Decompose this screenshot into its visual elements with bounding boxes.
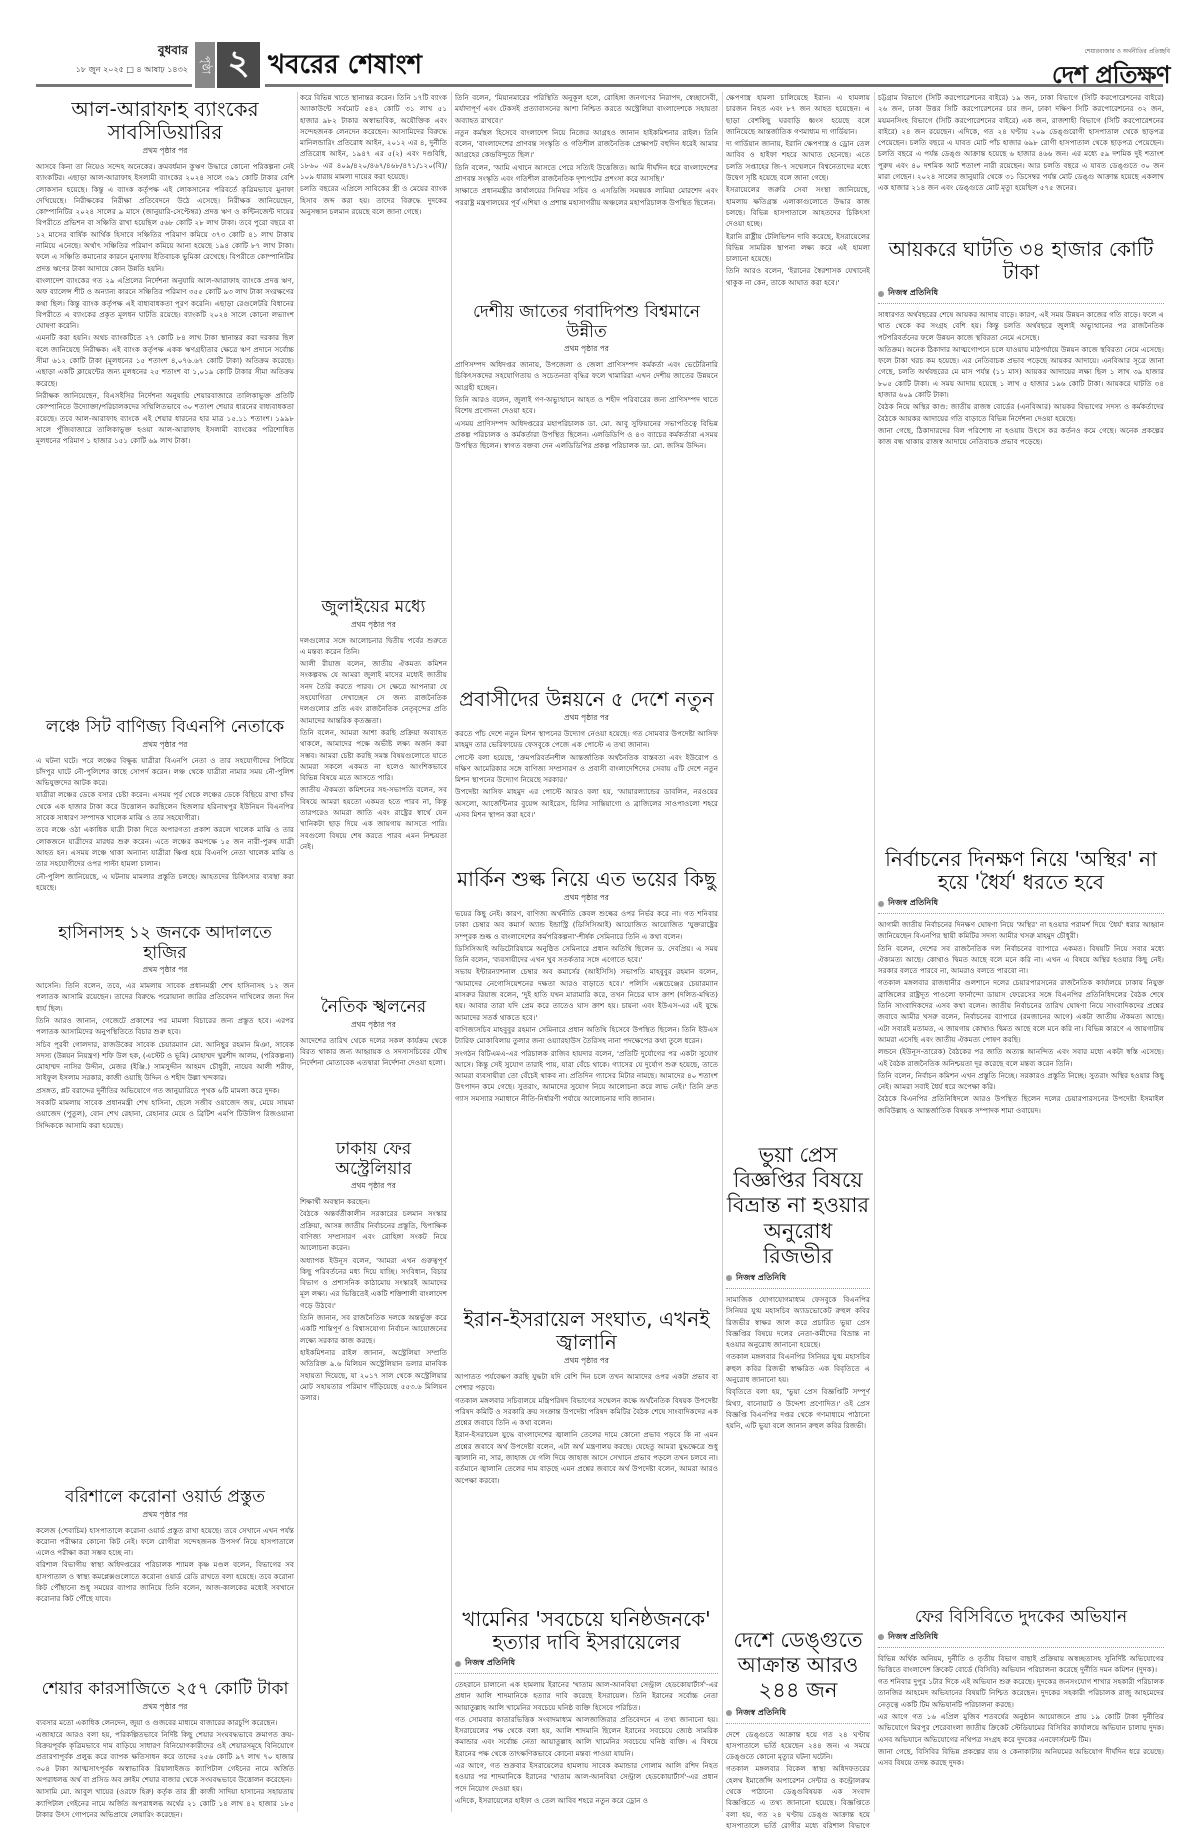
paragraph: গতকাল মঙ্গলবার বিএনপির সিনিয়র যুগ্ম মহা… <box>726 1351 870 1385</box>
article-khamenei: খামেনির 'সবচেয়ে ঘনিষ্ঠজনকে' হত্যার দাবি… <box>455 1602 718 1832</box>
article-body: সামাজিক যোগাযোগমাধ্যম ফেসবুকে বিএনপির সি… <box>726 1294 870 1432</box>
brand: শেয়ারবাজার ও অর্থনীতির প্রতিচ্ছবি দেশ প… <box>1052 46 1170 97</box>
paragraph: আগামী জাতীয় নির্বাচনের দিনক্ষণ ঘোষণা নি… <box>878 919 1164 942</box>
headline[interactable]: ফের বিসিবিতে দুদকের অভিযান <box>878 1608 1164 1628</box>
continuation-label: প্রথম পৃষ্ঠার পর <box>300 1020 447 1032</box>
divider <box>455 1673 718 1674</box>
paragraph: চলতি বছরের এপ্রিলে সাবিকের স্ত্রী ও মেয়… <box>300 183 447 217</box>
divider <box>878 913 1164 914</box>
byline-text: নিজস্ব প্রতিনিধি <box>736 1707 786 1720</box>
article-us-tariff: মার্কিন শুল্ক নিয়ে এত ভয়ের কিছু প্রথম … <box>455 862 718 1302</box>
weekday: বুধবার <box>76 42 188 62</box>
paragraph: তিনি বলেন, 'আমি এখানে আসতে পেরে সত্যিই উ… <box>455 162 718 185</box>
paragraph: এর আগে গত ১৬ এপ্রিল মুজিব শতবর্ষের অনুষ্… <box>878 1711 1164 1745</box>
brand-tagline: শেয়ারবাজার ও অর্থনীতির প্রতিচ্ছবি <box>1052 46 1170 57</box>
divider <box>878 1647 1164 1648</box>
paragraph: বিভিন্ন অর্থিক অনিয়ম, দুর্নীতি ও তৃতীয়… <box>878 1653 1164 1676</box>
column-divider <box>297 92 298 1812</box>
article-body: প্রাণিসম্পদ অধিদপ্তর জানায়, উপজেলা ও জে… <box>455 359 718 451</box>
article-body: কলেজ (শেবাচিম) হাসপাতালে করোনা ওয়ার্ড প… <box>36 1525 294 1605</box>
article-share-manipulation: শেয়ার কারসাজিতে ২৫৭ কোটি টাকা প্রথম পৃষ… <box>36 1674 294 1824</box>
paragraph: ইসরায়েলের জরুরি সেবা সংস্থা জানিয়েছে, … <box>726 184 870 229</box>
article-continuation: করে বিভিন্ন খাতে স্থানান্তর করেন। তিনি ১… <box>300 92 447 492</box>
paragraph: তিনি আরও বলেন, 'ইরানের স্বৈরশাসক যেখানেই… <box>726 265 870 288</box>
headline[interactable]: ভুয়া প্রেস বিজ্ঞপ্তির বিষয়ে বিভ্রান্ত … <box>726 1143 870 1269</box>
paragraph: এসময় প্রাণিসম্পদ অধিদপ্তরের মহাপরিচালক … <box>455 418 718 452</box>
article-body: করতে পাঁচ দেশে নতুন মিশন স্থাপনের উদ্যোগ… <box>455 728 718 820</box>
paragraph: তিনি বলেন, 'মিয়ানমারের পরিস্থিতি অনুকূল… <box>455 92 718 126</box>
byline-text: নিজস্ব প্রতিনিধি <box>465 1657 515 1670</box>
column-divider <box>874 92 875 1812</box>
paragraph: গত শনিবার দুপুর ১টার দিকে এই অভিযান শুরু… <box>878 1676 1164 1710</box>
paragraph: এদিকে, ইসরায়েলের হাইফা ও তেল আবিব শহরে … <box>455 1795 718 1806</box>
paragraph: সংগঠন বিটিএমএ-এর পরিচালক রাজিব হায়দার ব… <box>455 1048 718 1104</box>
continuation-label: প্রথম পৃষ্ঠার পর <box>455 893 718 905</box>
paragraph: সামাজিক যোগাযোগমাধ্যম ফেসবুকে বিএনপির সি… <box>726 1294 870 1350</box>
paragraph: সাক্ষাতে প্রধানমন্ত্রীর কার্যালয়ের সিনি… <box>455 185 718 208</box>
continuation-label: প্রথম পৃষ্ঠার পর <box>455 1356 718 1368</box>
divider <box>726 1723 870 1724</box>
headline[interactable]: নির্বাচনের দিনক্ষণ নিয়ে 'অস্থির' না হয়… <box>878 848 1164 894</box>
headline[interactable]: মার্কিন শুল্ক নিয়ে এত ভয়ের কিছু <box>455 868 718 891</box>
paragraph: এ ঘটনা ঘটে। পরে লঞ্চের বিক্ষুব্ধ যাত্রীর… <box>36 755 294 789</box>
paragraph: নতুন কর্মস্থল হিসেবে বাংলাদেশ নিয়ে নিজে… <box>455 127 718 161</box>
byline: নিজস্ব প্রতিনিধি <box>726 1272 870 1285</box>
paragraph: তেহরানে চালানো এক হামলায় ইরানের 'খাতাম … <box>455 1679 718 1713</box>
article-body: করে বিভিন্ন খাতে স্থানান্তর করেন। তিনি ১… <box>300 92 447 217</box>
paragraph: প্রসঙ্গত, প্লট বরাদ্দের দুর্নীতির অভিযোগ… <box>36 1085 294 1096</box>
paragraph: ডিসিসিআই অডিটোরিয়ামে অনুষ্ঠিত সেমিনারে … <box>455 943 718 966</box>
paragraph: বাণিজ্যসচিব মাহবুবুর রহমান সেমিনারে প্রধ… <box>455 1024 718 1047</box>
headline[interactable]: লঞ্চে সিট বাণিজ্য বিএনপি নেতাকে <box>36 718 294 738</box>
paragraph: গত সোমবার কাতারভিত্তিক সংবাদমাধ্যম আলজাজ… <box>455 1714 718 1759</box>
headline[interactable]: খামেনির 'সবচেয়ে ঘনিষ্ঠজনকে' হত্যার দাবি… <box>455 1608 718 1654</box>
article-body: ক্ষেপণাস্ত্র হামলা চালিয়েছে ইরান। এ হাম… <box>726 92 870 288</box>
article-body: চট্টগ্রাম বিভাগে (সিটি করপোরেশনের বাইরে)… <box>878 92 1164 194</box>
paragraph: বৈঠকে বিএনপির প্রতিনিধিদলে আরও উপস্থিত ছ… <box>878 1093 1164 1116</box>
paragraph: কলেজ (শেবাচিম) হাসপাতালে করোনা ওয়ার্ড প… <box>36 1525 294 1559</box>
article-body: আগামী জাতীয় নির্বাচনের দিনক্ষণ ঘোষণা নি… <box>878 919 1164 1116</box>
article-body: আপাতত পর্যবেক্ষণ করছি যুদ্ধটা যদি বেশি দ… <box>455 1371 718 1486</box>
paragraph: ভয়ের কিছু নেই। কারণ, বাণিজ্য অর্থনীতি ক… <box>455 908 718 942</box>
article-body: ব্যবসার মতো একাধিক লেনদেন, জুয়া ও গুজবে… <box>36 1717 294 1821</box>
article-dengue-continuation: চট্টগ্রাম বিভাগে (সিটি করপোরেশনের বাইরে)… <box>878 92 1164 232</box>
continuation-label: প্রথম পৃষ্ঠার পর <box>36 965 294 977</box>
byline: নিজস্ব প্রতিনিধি <box>726 1707 870 1720</box>
paragraph: বৈঠকে অন্তর্বর্তীকালীন সরকারের চলমান সংস… <box>300 1208 447 1253</box>
paragraph: নৌ-পুলিশ জানিয়েছে, এ ঘটনায় মামলার প্রস… <box>36 871 294 894</box>
bullet-icon <box>878 901 884 907</box>
masthead: বুধবার ১৮ জুন ২০২৫ □ ৪ আষাঢ় ১৪৩২ পৃষ্ঠা… <box>0 0 1200 88</box>
paragraph: তিনি বলেন, নির্বাচন কমিশন এখন প্রস্তুতি … <box>878 1070 1164 1093</box>
article-july: জুলাইয়ের মধ্যে প্রথম পৃষ্ঠার পর দলগুলোর… <box>300 592 447 922</box>
paragraph: ব্যবসার মতো একাধিক লেনদেন, জুয়া ও গুজবে… <box>36 1717 294 1728</box>
headline[interactable]: ঢাকায় ফের অস্ট্রেলিয়ার <box>300 1140 447 1179</box>
paragraph: সভায় ইন্টারন্যাশনাল চেম্বার অব কমার্সের… <box>455 966 718 1022</box>
byline-text: নিজস্ব প্রতিনিধি <box>888 287 938 300</box>
continuation-label: প্রথম পৃষ্ঠার পর <box>300 620 447 632</box>
article-launch-bnp: লঞ্চে সিট বাণিজ্য বিএনপি নেতাকে প্রথম পৃ… <box>36 712 294 912</box>
article-continuation: তিনি বলেন, 'মিয়ানমারের পরিস্থিতি অনুকূল… <box>455 92 718 297</box>
bullet-icon <box>878 291 884 297</box>
paragraph: গতকাল মঙ্গলবার বিকেল স্বাস্থ্য অধিদফতরের… <box>726 1763 870 1832</box>
paragraph: নিরীক্ষক জানিয়েছেন, বিএসইসির নির্দেশনা … <box>36 390 294 446</box>
paragraph: এমনটি করা হয়নি। অথচ ব্যাংকটিতে ২৭ কোটি … <box>36 332 294 388</box>
paragraph: তিনি জানান, সব রাজনৈতিক দলকে অন্তর্ভুক্ত… <box>300 1312 447 1346</box>
article-barishal-corona: বরিশালে করোনা ওয়ার্ড প্রস্তুত প্রথম পৃষ… <box>36 1482 294 1672</box>
column-divider <box>451 92 452 1812</box>
article-body: আদেশের তারিখ থেকে দলের সকল কার্যক্রম থেক… <box>300 1035 447 1069</box>
paragraph: যাত্রীরা লঞ্চের ডেকে বসার চেষ্টা করেন। এ… <box>36 789 294 823</box>
article-body: শিক্ষার্থী অবস্থান করছেন। বৈঠকে অন্তর্বর… <box>300 1196 447 1403</box>
article-body: দলগুলোর সঙ্গে আলোচনার দ্বিতীয় পর্বের শু… <box>300 635 447 853</box>
page-label: পৃষ্ঠা <box>195 42 215 88</box>
headline[interactable]: বরিশালে করোনা ওয়ার্ড প্রস্তুত <box>36 1488 294 1508</box>
byline: নিজস্ব প্রতিনিধি <box>878 287 1164 300</box>
article-tax-deficit: আয়করে ঘাটতি ৩৪ হাজার কোটি টাকা নিজস্ব প… <box>878 232 1164 832</box>
paragraph: শিক্ষার্থী অবস্থান করছেন। <box>300 1196 447 1207</box>
article-moral: নৈতিক স্খলনের প্রথম পৃষ্ঠার পর আদেশের তা… <box>300 992 447 1122</box>
paragraph: দেশে ডেঙ্গুতে আক্রান্ত হয়ে গত ২৪ ঘণ্টায… <box>726 1729 870 1763</box>
article-body: সাধারণত অর্থবছরের শেষে আয়কর আদায় বাড়ে… <box>878 309 1164 448</box>
bullet-icon <box>726 1275 732 1281</box>
headline[interactable]: দেশে ডেঙ্গুতে আক্রান্ত আরও ২৪৪ জন <box>726 1628 870 1704</box>
paragraph: ইরান-ইসরায়েল যুদ্ধে বাংলাদেশের জ্বালানি… <box>455 1429 718 1485</box>
headline[interactable]: ইরান-ইসরায়েল সংঘাত, এখনই জ্বালানি <box>455 1308 718 1354</box>
paragraph: দলগুলোর সঙ্গে আলোচনার দ্বিতীয় পর্বের শু… <box>300 635 447 658</box>
bullet-icon <box>878 1634 884 1640</box>
headline[interactable]: দেশীয় জাতের গবাদিপশু বিশ্বমানে উন্নীত <box>455 303 718 342</box>
continuation-label: প্রথম পৃষ্ঠার পর <box>455 344 718 356</box>
paragraph: তবে লঞ্চে ওঠা একাধিক যাত্রী টাকা দিতে অপ… <box>36 824 294 869</box>
headline[interactable]: জুলাইয়ের মধ্যে <box>300 598 447 618</box>
divider <box>726 1288 870 1289</box>
headline[interactable]: প্রবাসীদের উন্নয়নে ৫ দেশে নতুন <box>455 688 718 711</box>
continuation-label: প্রথম পৃষ্ঠার পর <box>36 146 294 158</box>
paragraph: ইরানি রাষ্ট্রীয় টেলিভিশন দাবি করেছে, ইস… <box>726 231 870 265</box>
article-body: আসবে কিনা তা নিয়েও সন্দেহ অনেকের। ক্রমব… <box>36 161 294 446</box>
byline: নিজস্ব প্রতিনিধি <box>878 897 1164 910</box>
paragraph: তিনি বলেন, দেশের সব রাজনৈতিক দল নির্বাচন… <box>878 943 1164 977</box>
article-cattle: দেশীয় জাতের গবাদিপশু বিশ্বমানে উন্নীত প… <box>455 297 718 682</box>
article-body: ভয়ের কিছু নেই। কারণ, বাণিজ্য অর্থনীতি ক… <box>455 908 718 1104</box>
dateline: ১৮ জুন ২০২৫ □ ৪ আষাঢ় ১৪৩২ <box>76 64 188 77</box>
paragraph: তিনি আরও জানান, গেজেটে প্রকাশের পর মামলা… <box>36 1015 294 1038</box>
page-number: ২ <box>217 42 260 88</box>
paragraph: এর আগে, গত শুক্রবার ইসরায়েলের হামলায় স… <box>455 1760 718 1794</box>
divider <box>878 303 1164 304</box>
paragraph: গতকাল মঙ্গলবার সচিবালয়ে মন্ত্রিপরিষদ বি… <box>455 1395 718 1429</box>
page-body: আল-আরাফাহ ব্যাংকের সাবসিডিয়ারির প্রথম প… <box>36 92 1164 1832</box>
article-body: বিভিন্ন অর্থিক অনিয়ম, দুর্নীতি ও তৃতীয়… <box>878 1653 1164 1769</box>
bullet-icon <box>455 1661 461 1667</box>
continuation-label: প্রথম পৃষ্ঠার পর <box>36 1702 294 1714</box>
headline[interactable]: শেয়ার কারসাজিতে ২৫৭ কোটি টাকা <box>36 1680 294 1700</box>
paragraph: বৈঠক নিয়ে অস্থির কাণ্ড: জাতীয় রাজস্ব ব… <box>878 401 1164 424</box>
paragraph: আপাতত পর্যবেক্ষণ করছি যুদ্ধটা যদি বেশি দ… <box>455 1371 718 1394</box>
paragraph: আসামি মো. আবুল খায়ের (ওরফে হিরু) কর্তৃক… <box>36 1786 294 1820</box>
brand-logo: দেশ প্রতিক্ষণ <box>1052 57 1170 97</box>
paragraph: তিনি আরও বলেন, জুলাই গণ-অভ্যুত্থানে আহত … <box>455 394 718 417</box>
headline[interactable]: নৈতিক স্খলনের <box>300 998 447 1018</box>
bullet-icon <box>726 1710 732 1716</box>
paragraph: বরিশাল বিভাগীয় স্বাস্থ্য অধিদপ্তরের পরি… <box>36 1559 294 1604</box>
article-australia: ঢাকায় ফের অস্ট্রেলিয়ার প্রথম পৃষ্ঠার প… <box>300 1134 447 1814</box>
paragraph: দ্য গার্ডিয়ান জানায়, ইরানি ক্ষেপণাস্ত্… <box>726 138 870 183</box>
issue-date: বুধবার ১৮ জুন ২০২৫ □ ৪ আষাঢ় ১৪৩২ <box>76 42 188 77</box>
byline-text: নিজস্ব প্রতিনিধি <box>736 1272 786 1285</box>
column-divider <box>722 92 723 1812</box>
article-al-arafah: আল-আরাফাহ ব্যাংকের সাবসিডিয়ারির প্রথম প… <box>36 92 294 487</box>
byline-text: নিজস্ব প্রতিনিধি <box>888 1631 938 1644</box>
article-iran-israel: ইরান-ইসরায়েল সংঘাত, এখনই জ্বালানি প্রথম… <box>455 1302 718 1602</box>
section-title: খবরের শেষাংশ <box>268 44 422 88</box>
continuation-label: প্রথম পৃষ্ঠার পর <box>300 1181 447 1193</box>
paragraph: তিনি বলেন, আমরা আশা করছি প্রক্রিয়া অব্য… <box>300 727 447 783</box>
paragraph: লন্ডনে (ইউনূস-তারেক) বৈঠকের পর জাতি অত্য… <box>878 1046 1164 1069</box>
article-expatriates: প্রবাসীদের উন্নয়নে ৫ দেশে নতুন প্রথম পৃ… <box>455 682 718 862</box>
paragraph: গতকাল মঙ্গলবার রাজধানীর গুলশানে দলের চেয… <box>878 977 1164 1045</box>
paragraph: এজাহারে আরও বলা হয়, পরিকল্পিতভাবে নির্দ… <box>36 1729 294 1785</box>
byline-text: নিজস্ব প্রতিনিধি <box>888 897 938 910</box>
header-rule-right <box>265 84 1163 87</box>
paragraph: সাধারণত অর্থবছরের শেষে আয়কর আদায় বাড়ে… <box>878 309 1164 343</box>
paragraph: আসেনি। তিনি বলেন, তবে, এর মামলায় সাবেক … <box>36 980 294 1014</box>
paragraph: বাংলাদেশ ব্যাংকের গত ২৯ এপ্রিলের নির্দেশ… <box>36 275 294 331</box>
article-body: দেশে ডেঙ্গুতে আক্রান্ত হয়ে গত ২৪ ঘণ্টায… <box>726 1729 870 1832</box>
article-hasina: হাসিনাসহ ১২ জনকে আদালতে হাজির প্রথম পৃষ্… <box>36 918 294 1302</box>
article-fake-press: ভুয়া প্রেস বিজ্ঞপ্তির বিষয়ে বিভ্রান্ত … <box>726 1137 870 1602</box>
article-dengue: দেশে ডেঙ্গুতে আক্রান্ত আরও ২৪৪ জন নিজস্ব… <box>726 1622 870 1832</box>
continuation-label: প্রথম পৃষ্ঠার পর <box>36 740 294 752</box>
headline[interactable]: হাসিনাসহ ১২ জনকে আদালতে হাজির <box>36 924 294 963</box>
headline[interactable]: আল-আরাফাহ ব্যাংকের সাবসিডিয়ারির <box>36 98 294 144</box>
paragraph: বিবৃতিতে বলা হয়, 'ভুয়া প্রেস বিজ্ঞপ্তি… <box>726 1386 870 1431</box>
paragraph: হাইকমিশনার রাইল জানান, অস্ট্রেলিয়া সম্প… <box>300 1347 447 1403</box>
paragraph: অতিক্রম। অনেক ঠিকাদার আত্মগোপনে চলে যাওয… <box>878 344 1164 400</box>
paragraph: উপদেষ্টা আসিফ মাহমুদ এর পোস্টে আরও বলা হ… <box>455 786 718 820</box>
byline: নিজস্ব প্রতিনিধি <box>878 1631 1164 1644</box>
headline[interactable]: আয়করে ঘাটতি ৩৪ হাজার কোটি টাকা <box>878 238 1164 284</box>
paragraph: আসবে কিনা তা নিয়েও সন্দেহ অনেকের। ক্রমব… <box>36 161 294 274</box>
paragraph: প্রাণিসম্পদ অধিদপ্তর জানায়, উপজেলা ও জে… <box>455 359 718 393</box>
header-rule-left <box>36 84 192 87</box>
article-continuation: ক্ষেপণাস্ত্র হামলা চালিয়েছে ইরান। এ হাম… <box>726 92 870 1137</box>
article-body: তেহরানে চালানো এক হামলায় ইরানের 'খাতাম … <box>455 1679 718 1806</box>
paragraph: আলী রীয়াজ বলেন, জাতীয় ঐকমত্য কমিশন সংক… <box>300 658 447 726</box>
article-dudok: ফের বিসিবিতে দুদকের অভিযান নিজস্ব প্রতিন… <box>878 1602 1164 1832</box>
paragraph: অধ্যাপক ইউনূস বলেন, 'আমরা এখন গুরুত্বপূর… <box>300 1255 447 1311</box>
paragraph: ক্ষেপণাস্ত্র হামলা চালিয়েছে ইরান। এ হাম… <box>726 92 870 137</box>
paragraph: পোস্টে বলা হয়েছে, 'ক্রমপরিবর্তনশীল আন্ত… <box>455 752 718 786</box>
paragraph: করতে পাঁচ দেশে নতুন মিশন স্থাপনের উদ্যোগ… <box>455 728 718 751</box>
paragraph: আদেশের তারিখ থেকে দলের সকল কার্যক্রম থেক… <box>300 1035 447 1069</box>
continuation-label: প্রথম পৃষ্ঠার পর <box>36 1510 294 1522</box>
paragraph: সবকটি মামলায় সাবেক প্রধানমন্ত্রী শেখ হা… <box>36 1097 294 1131</box>
article-election: নির্বাচনের দিনক্ষণ নিয়ে 'অস্থির' না হয়… <box>878 842 1164 1602</box>
paragraph: জাতীয় ঐকমত্য কমিশনের সহ-সভাপতি বলেন, সব… <box>300 784 447 852</box>
continuation-label: প্রথম পৃষ্ঠার পর <box>455 713 718 725</box>
article-body: তিনি বলেন, 'মিয়ানমারের পরিস্থিতি অনুকূল… <box>455 92 718 208</box>
byline: নিজস্ব প্রতিনিধি <box>455 1657 718 1670</box>
article-body: এ ঘটনা ঘটে। পরে লঞ্চের বিক্ষুব্ধ যাত্রীর… <box>36 755 294 894</box>
paragraph: জানা গেছে, ঠিকাদারদের বিল পরিশোধ না হওয়… <box>878 425 1164 448</box>
paragraph: চট্টগ্রাম বিভাগে (সিটি করপোরেশনের বাইরে)… <box>878 92 1164 194</box>
article-body: আসেনি। তিনি বলেন, তবে, এর মামলায় সাবেক … <box>36 980 294 1131</box>
paragraph: জানা গেছে, বিসিবির বিভিন্ন প্রকল্পের ব্য… <box>878 1746 1164 1769</box>
paragraph: সচিব পূরবী গোলদার, রাজউকের সাবেক চেয়ারম… <box>36 1039 294 1084</box>
paragraph: করে বিভিন্ন খাতে স্থানান্তর করেন। তিনি ১… <box>300 92 447 182</box>
